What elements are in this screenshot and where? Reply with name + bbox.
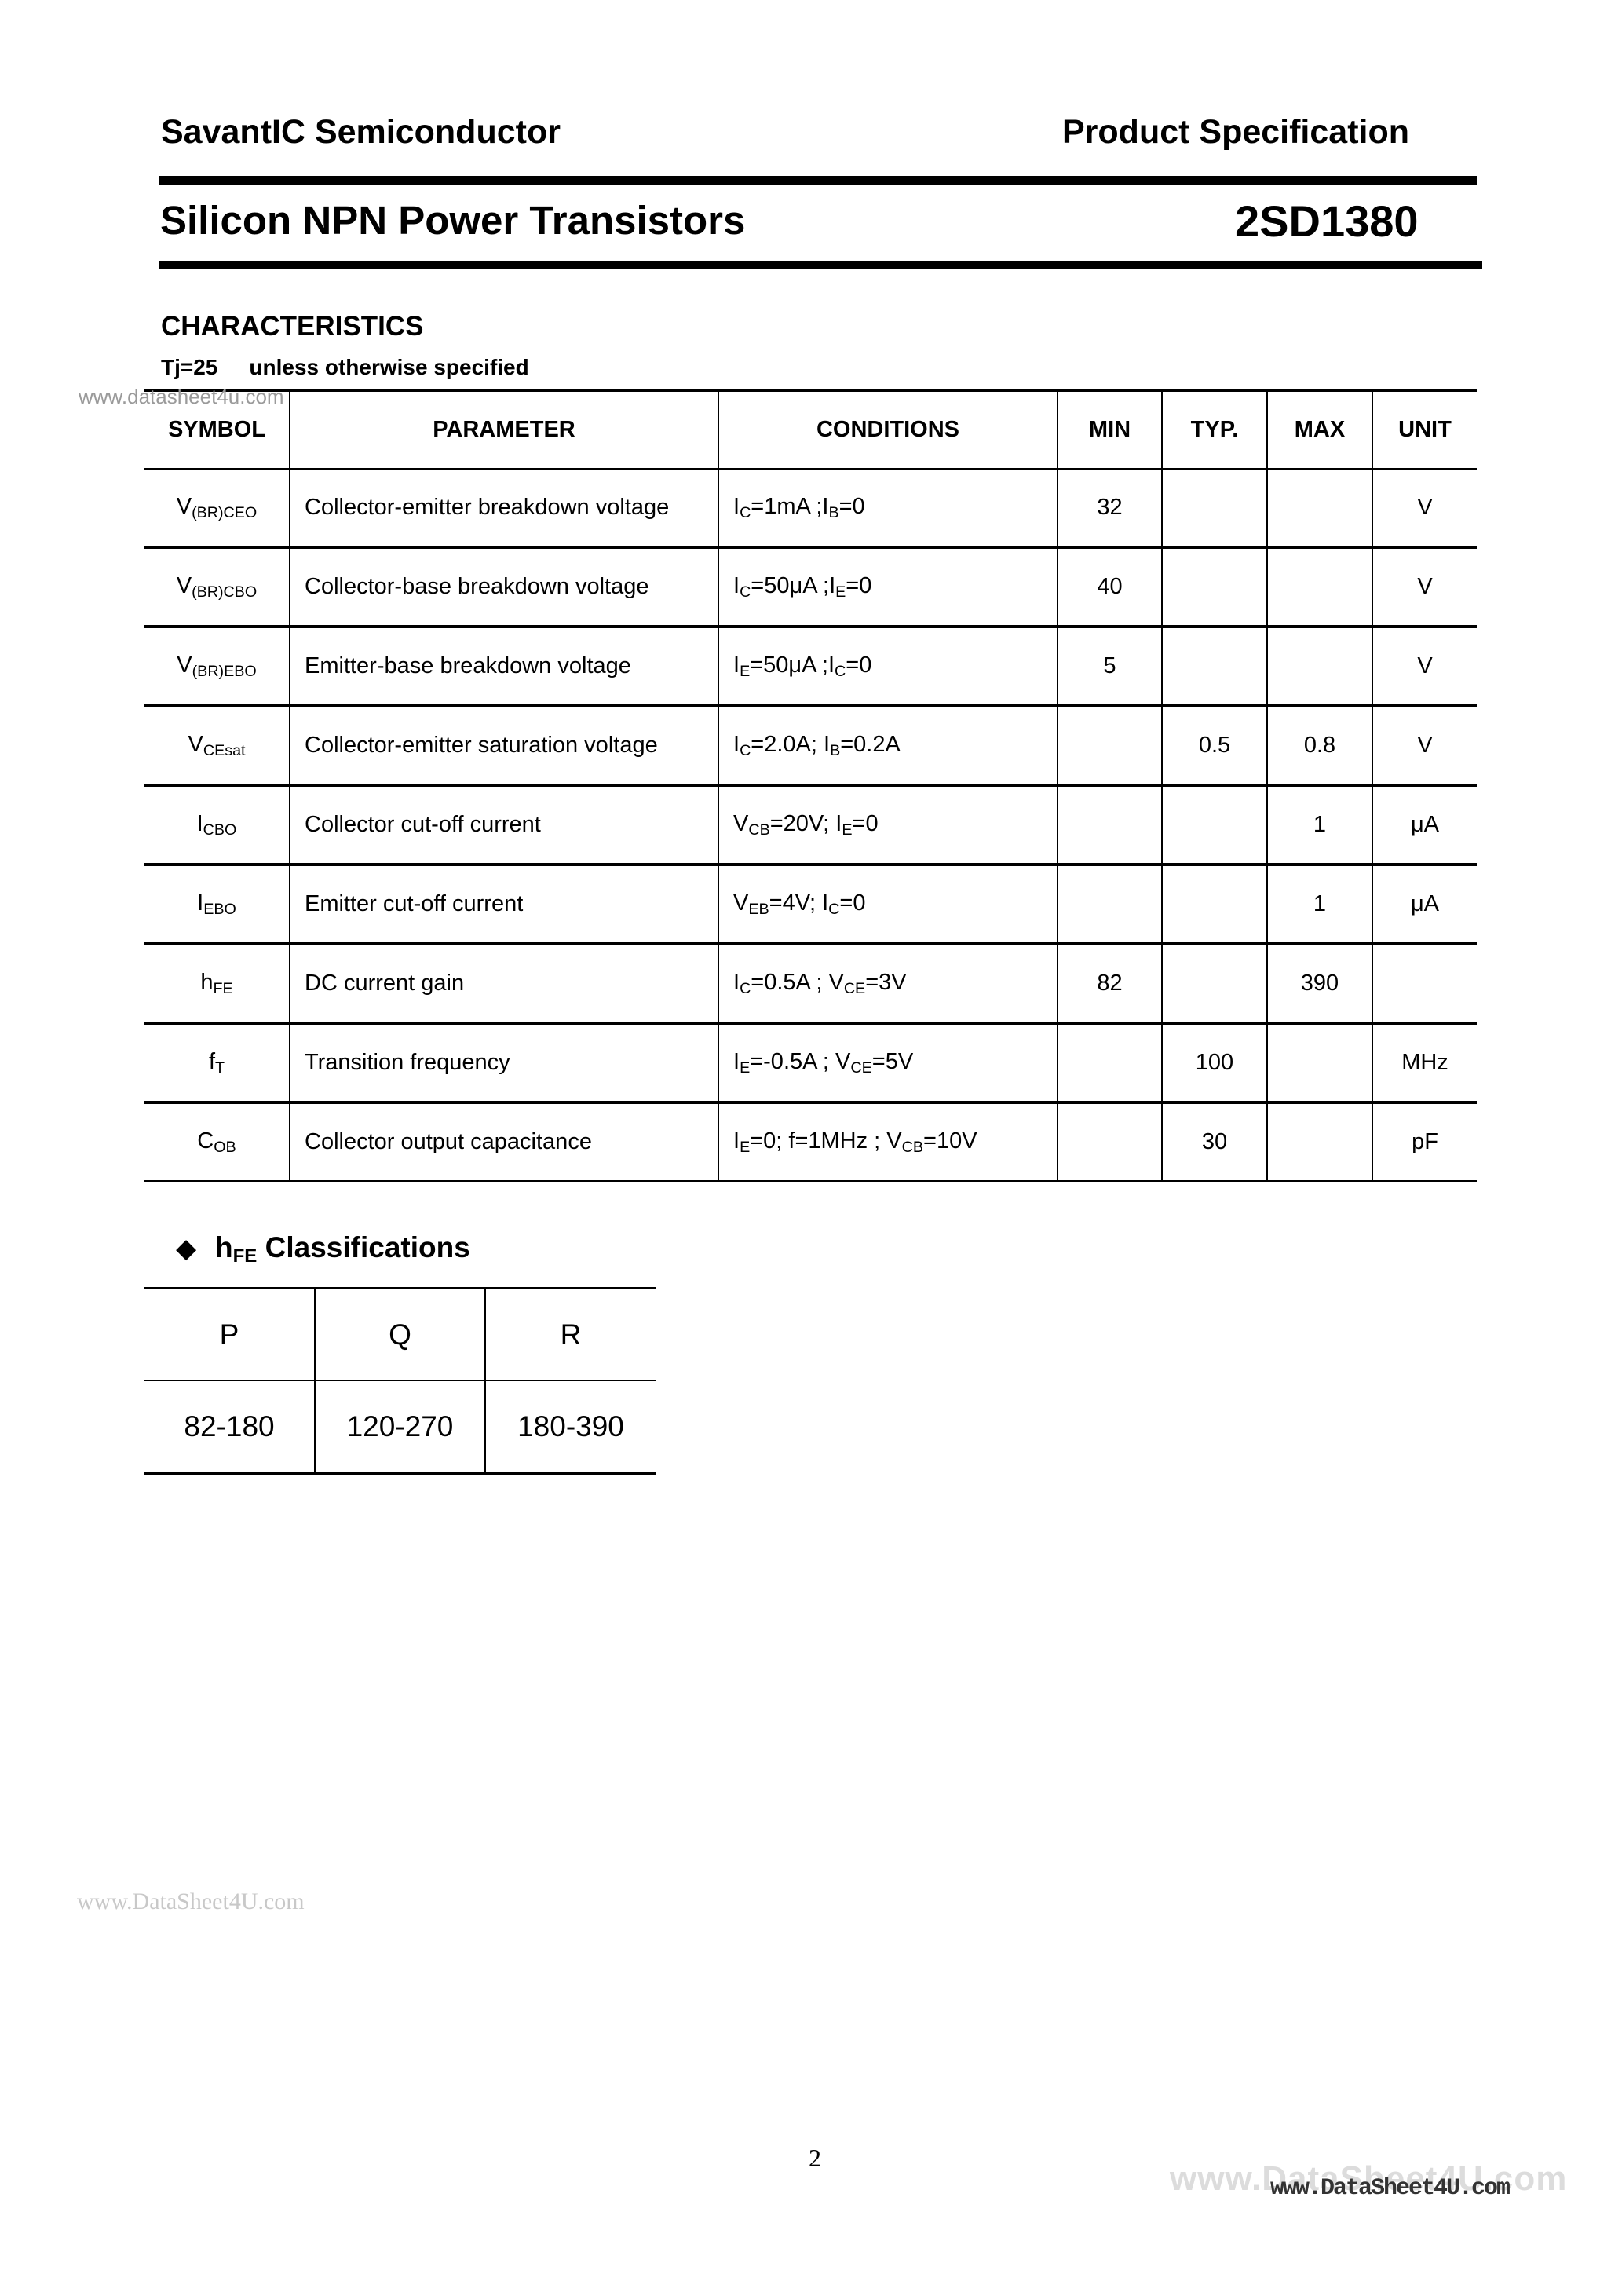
unit-cell: V [1372,706,1477,785]
table-row: V(BR)CBOCollector-base breakdown voltage… [144,547,1477,627]
min-cell [1058,706,1162,785]
min-cell [1058,1102,1162,1181]
symbol-cell: V(BR)CBO [144,547,290,627]
max-cell: 1 [1267,785,1372,865]
parameter-cell: Collector-emitter saturation voltage [290,706,718,785]
table-row: VCEsatCollector-emitter saturation volta… [144,706,1477,785]
symbol-cell: COB [144,1102,290,1181]
conditions-cell: IC=1mA ;IB=0 [718,469,1058,547]
rank-cell: Q [315,1289,485,1381]
conditions-cell: IC=50μA ;IE=0 [718,547,1058,627]
typ-cell: 0.5 [1162,706,1267,785]
max-cell: 390 [1267,944,1372,1023]
parameter-cell: Collector-base breakdown voltage [290,547,718,627]
part-number: 2SD1380 [1235,196,1419,247]
min-cell: 82 [1058,944,1162,1023]
max-cell [1267,1023,1372,1102]
column-header: CONDITIONS [718,391,1058,470]
column-header: PARAMETER [290,391,718,470]
parameter-cell: Collector-emitter breakdown voltage [290,469,718,547]
column-header: UNIT [1372,391,1477,470]
symbol-cell: VCEsat [144,706,290,785]
conditions-cell: IE=50μA ;IC=0 [718,627,1058,706]
watermark-footer-link[interactable]: www.DataSheet4U.com [1270,2175,1509,2202]
symbol-cell: hFE [144,944,290,1023]
symbol-cell: V(BR)EBO [144,627,290,706]
conditions-cell: VEB=4V; IC=0 [718,865,1058,944]
unit-cell: MHz [1372,1023,1477,1102]
table-row: V(BR)CEOCollector-emitter breakdown volt… [144,469,1477,547]
symbol-cell: ICBO [144,785,290,865]
characteristics-table: SYMBOL PARAMETER CONDITIONS MIN TYP. MAX… [144,389,1477,1182]
condition-text: unless otherwise specified [249,355,528,379]
rank-cell: P [144,1289,315,1381]
table-row: hFEDC current gainIC=0.5A ; VCE=3V82390 [144,944,1477,1023]
min-cell: 40 [1058,547,1162,627]
black-diamond-icon: ◆ [176,1233,215,1264]
unit-cell: μA [1372,785,1477,865]
max-cell [1267,627,1372,706]
document-title: Silicon NPN Power Transistors [160,197,745,243]
column-header: MIN [1058,391,1162,470]
condition-prefix: Tj=25 [161,355,217,379]
unit-cell [1372,944,1477,1023]
max-cell [1267,469,1372,547]
table-row: fTTransition frequencyIE=-0.5A ; VCE=5V1… [144,1023,1477,1102]
hfe-classification-table: P Q R 82-180 120-270 180-390 [144,1287,656,1475]
watermark-middle: www.DataSheet4U.com [77,1888,305,1915]
typ-cell [1162,865,1267,944]
symbol-cell: IEBO [144,865,290,944]
conditions-cell: IE=-0.5A ; VCE=5V [718,1023,1058,1102]
unit-cell: μA [1372,865,1477,944]
range-row: 82-180 120-270 180-390 [144,1380,656,1473]
max-cell [1267,547,1372,627]
table-row: IEBOEmitter cut-off currentVEB=4V; IC=01… [144,865,1477,944]
conditions-cell: IE=0; f=1MHz ; VCB=10V [718,1102,1058,1181]
unit-cell: V [1372,547,1477,627]
max-cell: 0.8 [1267,706,1372,785]
unit-cell: pF [1372,1102,1477,1181]
table-row: V(BR)EBOEmitter-base breakdown voltageIE… [144,627,1477,706]
max-cell: 1 [1267,865,1372,944]
table-header-row: SYMBOL PARAMETER CONDITIONS MIN TYP. MAX… [144,391,1477,470]
typ-cell [1162,547,1267,627]
range-cell: 82-180 [144,1380,315,1473]
table-row: COBCollector output capacitanceIE=0; f=1… [144,1102,1477,1181]
conditions-cell: IC=2.0A; IB=0.2A [718,706,1058,785]
title-symbol: h [215,1231,233,1263]
symbol-cell: V(BR)CEO [144,469,290,547]
parameter-cell: Emitter-base breakdown voltage [290,627,718,706]
unit-cell: V [1372,627,1477,706]
typ-cell [1162,627,1267,706]
conditions-cell: VCB=20V; IE=0 [718,785,1058,865]
typ-cell [1162,944,1267,1023]
max-cell [1267,1102,1372,1181]
rank-row: P Q R [144,1289,656,1381]
typ-cell: 30 [1162,1102,1267,1181]
header-rule-bottom [159,261,1482,269]
table-row: ICBOCollector cut-off currentVCB=20V; IE… [144,785,1477,865]
typ-cell: 100 [1162,1023,1267,1102]
rank-cell: R [485,1289,656,1381]
header-rule-top [159,176,1477,185]
test-condition: Tj=25unless otherwise specified [161,355,529,380]
parameter-cell: Transition frequency [290,1023,718,1102]
column-header: TYP. [1162,391,1267,470]
typ-cell [1162,469,1267,547]
classification-title: ◆hFE Classifications [176,1231,470,1267]
range-cell: 120-270 [315,1380,485,1473]
section-title: CHARACTERISTICS [161,311,423,342]
min-cell: 5 [1058,627,1162,706]
page-number: 2 [809,2144,821,2173]
typ-cell [1162,785,1267,865]
min-cell: 32 [1058,469,1162,547]
watermark-top: www.datasheet4u.com [79,385,284,409]
unit-cell: V [1372,469,1477,547]
title-subscript: FE [233,1245,258,1267]
company-name: SavantIC Semiconductor [161,113,561,152]
conditions-cell: IC=0.5A ; VCE=3V [718,944,1058,1023]
min-cell [1058,865,1162,944]
column-header: MAX [1267,391,1372,470]
title-text: Classifications [257,1231,469,1263]
parameter-cell: DC current gain [290,944,718,1023]
document-type: Product Specification [1062,113,1409,152]
min-cell [1058,1023,1162,1102]
parameter-cell: Collector output capacitance [290,1102,718,1181]
parameter-cell: Collector cut-off current [290,785,718,865]
parameter-cell: Emitter cut-off current [290,865,718,944]
range-cell: 180-390 [485,1380,656,1473]
min-cell [1058,785,1162,865]
symbol-cell: fT [144,1023,290,1102]
